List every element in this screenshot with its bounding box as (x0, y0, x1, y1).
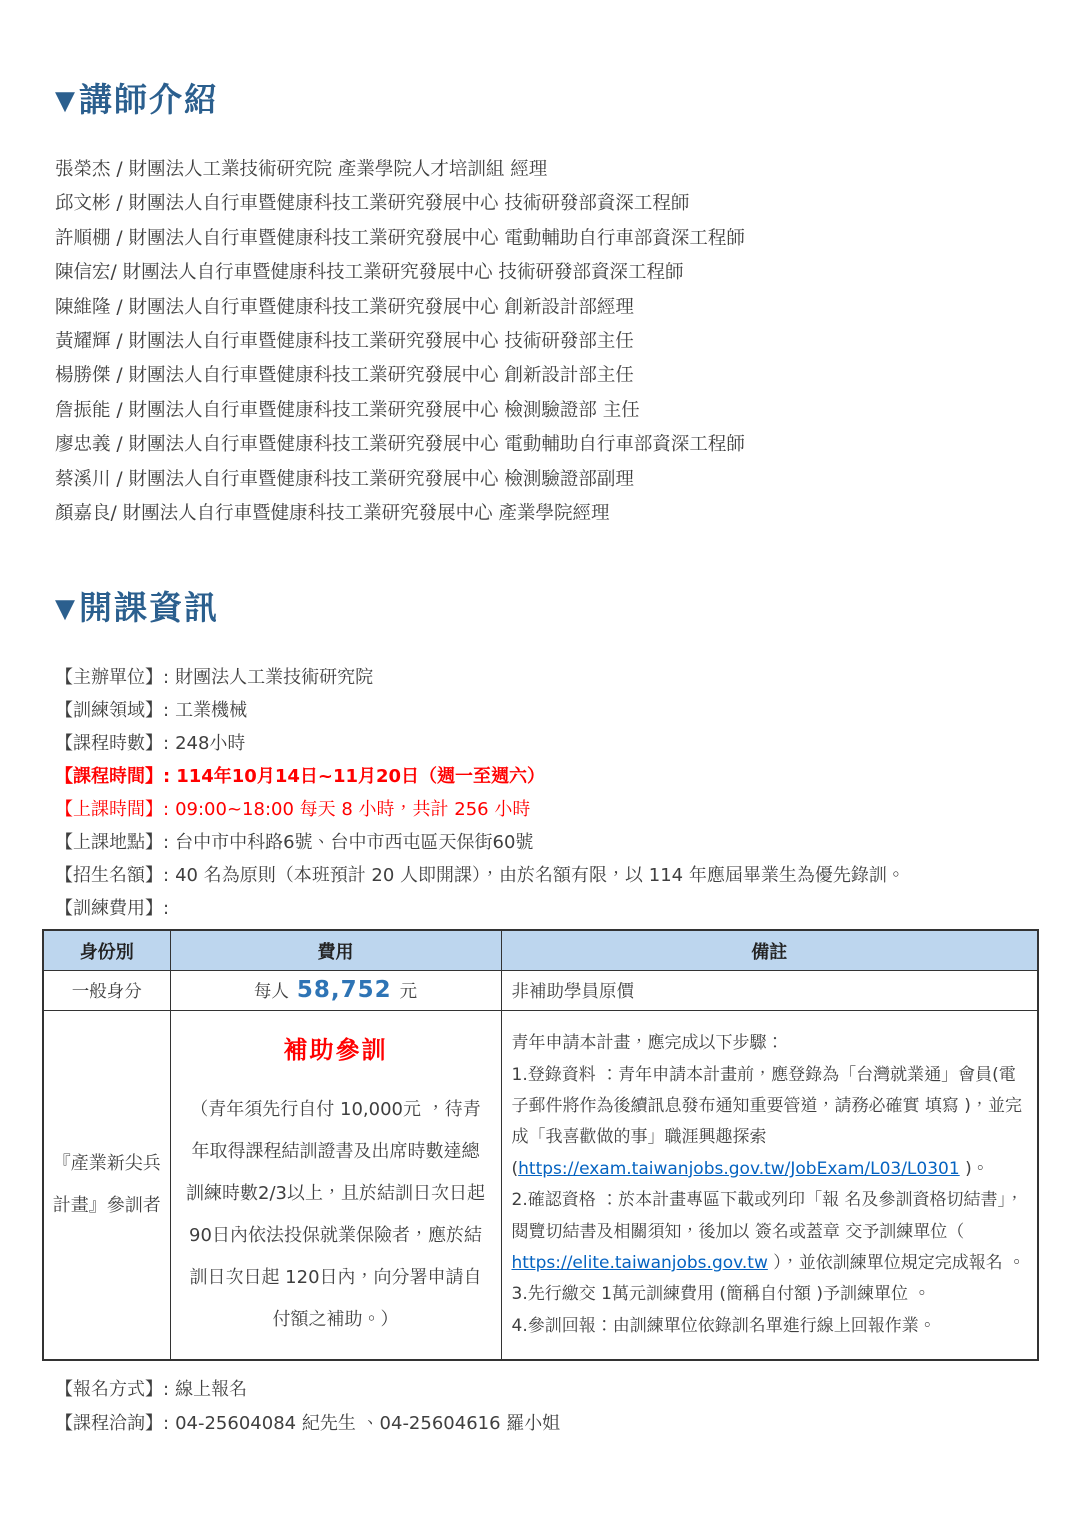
remark-intro: 青年申請本計畫，應完成以下步驟： (512, 1028, 1028, 1059)
field-label: 【訓練費用】: (55, 898, 169, 919)
field-value: 40 名為原則（本班預計 20 人即開課），由於名額有限，以 114 年應屆畢業… (175, 865, 905, 886)
subsidy-remark-cell: 青年申請本計畫，應完成以下步驟： 1.登錄資料 ：青年申請本計畫前，應登錄為「台… (501, 1010, 1038, 1360)
registration-method-line: 【報名方式】:線上報名 (55, 1373, 1037, 1407)
step1-text: 1.登錄資料 ：青年申請本計畫前，應登錄為「台灣就業通」會員(電子郵件將作為後續… (512, 1065, 1022, 1148)
remark-step3: 3.先行繳交 1萬元訓練費用 (簡稱自付額 )予訓練單位 。 (512, 1279, 1028, 1310)
instructor-line: 許順棚 / 財團法人自行車暨健康科技工業研究發展中心 電動輔助自行車部資深工程師 (55, 222, 1037, 256)
fee-amount: 58,752 (297, 977, 392, 1003)
step1-tail: )。 (960, 1159, 989, 1179)
instructor-line: 邱文彬 / 財團法人自行車暨健康科技工業研究發展中心 技術研發部資深工程師 (55, 187, 1037, 221)
field-label: 【課程時數】: (55, 733, 169, 754)
field-value: 台中市中科路6號、台中市西屯區天保街60號 (175, 832, 533, 853)
field-label: 【課程洽詢】: (55, 1413, 169, 1434)
field-label: 【招生名額】: (55, 865, 169, 886)
field-value: 114年10月14日~11月20日（週一至週六） (176, 766, 545, 787)
course-info-location: 【上課地點】:台中市中科路6號、台中市西屯區天保街60號 (55, 826, 1037, 859)
course-info-field: 【訓練領域】:工業機械 (55, 694, 1037, 727)
subsidy-note: （青年須先行自付 10,000元 ，待青年取得課程結訓證書及出席時數達總訓練時數… (185, 1089, 487, 1341)
remark-step4: 4.參訓回報：由訓練單位依錄訓名單進行線上回報作業。 (512, 1311, 1028, 1342)
table-row-general: 一般身分 每人 58,752 元 非補助學員原價 (43, 970, 1038, 1010)
page-content: ▼講師介紹 張榮杰 / 財團法人工業技術研究院 產業學院人才培訓組 經理 邱文彬… (0, 0, 1079, 1441)
triangle-down-icon: ▼ (55, 594, 77, 624)
instructor-line: 顏嘉良/ 財團法人自行車暨健康科技工業研究發展中心 產業學院經理 (55, 497, 1037, 531)
subsidy-fee-cell: 補助參訓 （青年須先行自付 10,000元 ，待青年取得課程結訓證書及出席時數達… (170, 1010, 501, 1360)
field-label: 【上課時間】: (55, 799, 169, 820)
instructor-line: 詹振能 / 財團法人自行車暨健康科技工業研究發展中心 檢測驗證部 主任 (55, 394, 1037, 428)
header-identity: 身份別 (43, 930, 170, 970)
fee-table: 身份別 費用 備註 一般身分 每人 58,752 元 非補助學員原價 『產業新尖… (42, 929, 1039, 1361)
course-info-organizer: 【主辦單位】:財團法人工業技術研究院 (55, 661, 1037, 694)
header-fee: 費用 (170, 930, 501, 970)
subsidy-title: 補助參訓 (185, 1030, 487, 1065)
field-label: 【報名方式】: (55, 1379, 169, 1400)
general-fee-cell: 每人 58,752 元 (170, 970, 501, 1010)
field-value: 工業機械 (175, 700, 247, 721)
field-value: 04-25604084 紀先生 、04-25604616 羅小姐 (175, 1413, 560, 1434)
contact-line: 【課程洽詢】:04-25604084 紀先生 、04-25604616 羅小姐 (55, 1407, 1037, 1441)
instructor-list: 張榮杰 / 財團法人工業技術研究院 產業學院人才培訓組 經理 邱文彬 / 財團法… (55, 153, 1037, 531)
instructor-line: 楊勝傑 / 財團法人自行車暨健康科技工業研究發展中心 創新設計部主任 (55, 359, 1037, 393)
field-label: 【課程時間】: (55, 766, 170, 787)
instructors-section-title: ▼講師介紹 (55, 78, 1037, 123)
instructor-line: 廖忠義 / 財團法人自行車暨健康科技工業研究發展中心 電動輔助自行車部資深工程師 (55, 428, 1037, 462)
instructor-line: 陳信宏/ 財團法人自行車暨健康科技工業研究發展中心 技術研發部資深工程師 (55, 256, 1037, 290)
fee-suffix: 元 (400, 978, 418, 1003)
general-remark-cell: 非補助學員原價 (501, 970, 1038, 1010)
course-info-hours: 【課程時數】:248小時 (55, 727, 1037, 760)
step2-text: 2.確認資格 ：於本計畫專區下載或列印「報 名及參訓資格切結書」，閱覽切結書及相… (512, 1190, 1024, 1241)
fee-prefix: 每人 (254, 978, 289, 1003)
field-value: 09:00~18:00 每天 8 小時，共計 256 小時 (175, 799, 530, 820)
elite-taiwanjobs-link[interactable]: https://elite.taiwanjobs.gov.tw (512, 1253, 768, 1273)
fee-table-header-row: 身份別 費用 備註 (43, 930, 1038, 970)
instructor-line: 蔡溪川 / 財團法人自行車暨健康科技工業研究發展中心 檢測驗證部副理 (55, 463, 1037, 497)
field-label: 【訓練領域】: (55, 700, 169, 721)
course-info-quota: 【招生名額】:40 名為原則（本班預計 20 人即開課），由於名額有限，以 11… (55, 859, 1037, 892)
remark-step1: 1.登錄資料 ：青年申請本計畫前，應登錄為「台灣就業通」會員(電子郵件將作為後續… (512, 1060, 1028, 1186)
field-value: 248小時 (175, 733, 245, 754)
field-value: 財團法人工業技術研究院 (175, 667, 373, 688)
field-label: 【上課地點】: (55, 832, 169, 853)
instructor-line: 陳維隆 / 財團法人自行車暨健康科技工業研究發展中心 創新設計部經理 (55, 291, 1037, 325)
triangle-down-icon: ▼ (55, 86, 77, 116)
general-identity-cell: 一般身分 (43, 970, 170, 1010)
instructor-line: 黃耀輝 / 財團法人自行車暨健康科技工業研究發展中心 技術研發部主任 (55, 325, 1037, 359)
course-info-dates: 【課程時間】:114年10月14日~11月20日（週一至週六） (55, 760, 1037, 793)
course-section-title: ▼開課資訊 (55, 586, 1037, 631)
step2-tail: ），並依訓練單位規定完成報名 。 (768, 1253, 1025, 1273)
instructor-line: 張榮杰 / 財團法人工業技術研究院 產業學院人才培訓組 經理 (55, 153, 1037, 187)
field-label: 【主辦單位】: (55, 667, 169, 688)
exam-taiwanjobs-link[interactable]: https://exam.taiwanjobs.gov.tw/JobExam/L… (518, 1159, 960, 1179)
course-info-list: 【主辦單位】:財團法人工業技術研究院 【訓練領域】:工業機械 【課程時數】:24… (55, 661, 1037, 925)
subsidy-identity-cell: 『產業新尖兵計畫』參訓者 (43, 1010, 170, 1360)
table-row-subsidy: 『產業新尖兵計畫』參訓者 補助參訓 （青年須先行自付 10,000元 ，待青年取… (43, 1010, 1038, 1360)
instructors-title-text: 講師介紹 (79, 80, 219, 119)
remark-step2: 2.確認資格 ：於本計畫專區下載或列印「報 名及參訓資格切結書」，閱覽切結書及相… (512, 1185, 1028, 1279)
course-title-text: 開課資訊 (79, 588, 219, 627)
footer-info: 【報名方式】:線上報名 【課程洽詢】:04-25604084 紀先生 、04-2… (55, 1373, 1037, 1441)
course-info-fee: 【訓練費用】: (55, 892, 1037, 925)
field-value: 線上報名 (175, 1379, 247, 1400)
header-remark: 備註 (501, 930, 1038, 970)
course-info-class-time: 【上課時間】:09:00~18:00 每天 8 小時，共計 256 小時 (55, 793, 1037, 826)
